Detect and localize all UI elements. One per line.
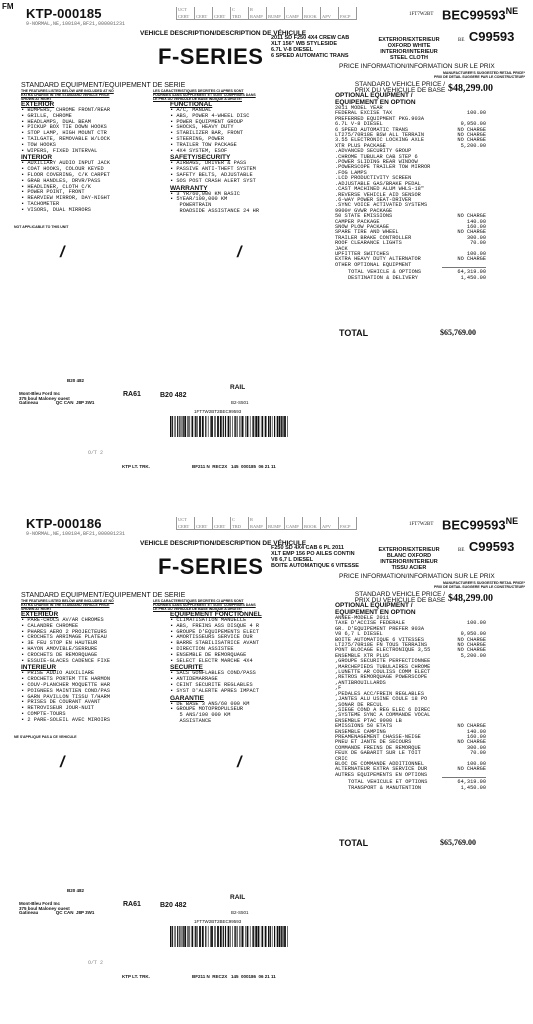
standard-price: $48,299.00 (448, 83, 493, 94)
dealer-code: B20 482 (160, 392, 186, 399)
text-line: PRIX DE DETAIL SUGGERE PAR LE CONSTRUCTE… (400, 585, 525, 589)
vin: 1FT7W2BT2BEC99593 (194, 409, 241, 414)
text-line: STEEL CLOTH (372, 55, 446, 61)
option-price: NO CHARGE (457, 767, 486, 772)
standard-equipment-heading: STANDARD EQUIPMENT/EQUIPEMENT DE SERIE (21, 592, 185, 599)
code-cell: APV (321, 7, 339, 20)
option-price: 70.00 (470, 751, 486, 756)
code-cell: BUMP (267, 7, 285, 20)
option-label: ,ANTIBROUILLARDS (335, 681, 386, 686)
standard-note-fr: LES CARACTERISTIQUES DECRITES CI APRES S… (153, 599, 256, 611)
code-cell: CERT (195, 517, 213, 530)
model-description: F250 SD 4X4 CAB 6 PL 2011XLT EMP 156 PO … (271, 545, 359, 569)
footer-left: KTP LT. TRK. (122, 974, 150, 979)
code-cell: CAMP (285, 7, 303, 20)
total-divider (442, 777, 486, 778)
color-description: EXTERIOR/EXTERIEUROXFORD WHITEINTERIOR/I… (372, 37, 446, 61)
ship-code: B2-S501 (231, 400, 249, 405)
footer-right: BF211 N REC2X 145 000186 06 21 11 (192, 974, 276, 979)
route-code: RA61 (123, 901, 141, 908)
total-value: $65,769.00 (440, 838, 476, 847)
slash-mark: / (60, 244, 64, 262)
series-name: F-SERIES (158, 44, 263, 70)
msrp-note: MANUFACTURER'S SUGGESTED RETAIL PRICE*PR… (400, 581, 525, 589)
window-sticker: KTP-000186 9-NORMAL,NE,100184,BF21,00000… (0, 510, 533, 1020)
equipment-item: ROADSIDE ASSISTANCE 24 HR (170, 209, 320, 215)
total-row: DESTINATION & DELIVERY1,450.00 (348, 276, 486, 282)
option-price: 100.00 (467, 621, 486, 626)
window-sticker: KTP-000185 9-NORMAL,NE,100184,BF21,00000… (0, 0, 533, 510)
ot-code: O/T 2 (88, 960, 103, 966)
not-applicable-note: NE S'APPLIQUE PAS A CE VEHICULE (14, 735, 77, 739)
code-cell: RRAMP (249, 517, 267, 530)
code-cell: APV (321, 517, 339, 530)
standard-equipment-right: FUNCTIONAL▪ A/C, MANUAL▪ ABS, POWER 4-WH… (170, 101, 320, 215)
totals-list: TOTAL VEHICULE ET OPTIONS64,319.00TRANSP… (348, 780, 486, 791)
stock-number-secondary: BE C99593 (458, 28, 514, 46)
slash-mark: / (237, 244, 241, 262)
footer-right: BF211 N REC2X 145 000185 06 21 11 (192, 464, 276, 469)
option-price: 100.00 (467, 111, 486, 116)
vin-barcode (170, 416, 289, 437)
standard-equipment-left: EXTERIEUR▪ PARE-CHOCS AV/AR CHROMES▪ CAL… (21, 611, 156, 724)
code-cell: CERT (195, 7, 213, 20)
option-label: FEUX DE GABARIT SUR LE TOIT (335, 751, 421, 756)
standard-price: $48,299.00 (448, 593, 493, 604)
vin-short: 1FT7W2BT (409, 522, 433, 527)
code-cell: CERT (213, 7, 231, 20)
total-divider (442, 267, 486, 268)
vin-barcode (170, 926, 289, 947)
stock-number: BEC99593NE (442, 516, 518, 532)
inspection-code-grid: UCTCERTCERTCERTCTRDRRAMPBUMPCAMPBOOKAPVF… (176, 517, 357, 530)
ktp-number: KTP-000185 (26, 6, 125, 21)
equipment-item: ▪ 2 PARE-SOLEIL AVEC MIROIRS (21, 718, 156, 724)
optional-equipment-list: 2011 MODEL YEARFEDERAL EXCISE TAX100.00P… (335, 106, 486, 268)
ktp-subcode: 9-NORMAL,NE,100184,BF21,000001231 (26, 531, 125, 537)
total-label: TOTAL (339, 328, 368, 338)
code-cell: CTRD (231, 517, 249, 530)
vin-short: 1FT7W2BT (409, 12, 433, 17)
text-line: PRIX DE DETAIL SUGGERE PAR LE CONSTRUCTE… (400, 75, 525, 79)
price-info-title: PRICE INFORMATION/INFORMATION SUR LE PRI… (339, 573, 495, 580)
option-price: 70.00 (470, 241, 486, 246)
option-label: AUTRES EQUIPEMENTS EN OPTIONS (335, 773, 427, 778)
text-line: 6 SPEED AUTOMATIC TRANS (271, 53, 349, 59)
stock-number: BEC99593NE (442, 6, 518, 22)
ot-code: O/T 2 (88, 450, 103, 456)
equipment-item: ASSISTANCE (170, 719, 320, 725)
text-line: BOITE AUTOMATIQUE 6 VITESSE (271, 563, 359, 569)
ktp-header: KTP-000186 9-NORMAL,NE,100184,BF21,00000… (26, 516, 125, 537)
code-cell: UCTCERT (177, 7, 195, 20)
dealer-address: Mont-Bleu Ford Inc375 boul Maloney ouest… (19, 392, 94, 406)
standard-equipment-right: EQUIPEMENT FONCTIONNEL▪ CLIMATISATION MA… (170, 611, 320, 725)
stock-number-secondary: BE C99593 (458, 538, 514, 556)
option-price: NO CHARGE (457, 257, 486, 262)
total-label: TOTAL (339, 838, 368, 848)
dealer-address: Mont-Bleu Ford Inc375 boul Maloney ouest… (19, 902, 94, 916)
vin: 1FT7W2BT2BEC99593 (194, 919, 241, 924)
code-cell: BOOK (303, 7, 321, 20)
series-name: F-SERIES (158, 554, 263, 580)
code-cell: CAMP (285, 517, 303, 530)
code-cell: FSCP (339, 517, 357, 530)
code-cell: CTRD (231, 7, 249, 20)
slash-mark: / (237, 754, 241, 772)
dealer-code-top: B20 482 (67, 378, 84, 383)
code-cell: RRAMP (249, 7, 267, 20)
code-cell: CERT (213, 517, 231, 530)
ktp-number: KTP-000186 (26, 516, 125, 531)
option-price: 5,200.00 (461, 144, 486, 149)
equipment-item: ▪ VISORS, DUAL MIRRORS (21, 208, 156, 214)
totals-list: TOTAL VEHICLE & OPTIONS64,319.00DESTINAT… (348, 270, 486, 281)
total-value: $65,769.00 (440, 328, 476, 337)
option-price: 5,200.00 (461, 654, 486, 659)
ktp-subcode: 9-NORMAL,NE,100184,BF21,000001231 (26, 21, 125, 27)
text-line: Gatineau QC CAN J8P 3W1 (19, 911, 94, 916)
footer-left: KTP LT. TRK. (122, 464, 150, 469)
route-code: RA61 (123, 391, 141, 398)
code-cell: BUMP (267, 517, 285, 530)
ship-mode: RAIL (230, 384, 245, 391)
msrp-note: MANUFACTURER'S SUGGESTED RETAIL PRICE*PR… (400, 71, 525, 79)
ktp-header: KTP-000185 9-NORMAL,NE,100184,BF21,00000… (26, 6, 125, 27)
standard-note-en: THE FEATURES LISTED BELOW ARE INCLUDED A… (21, 89, 114, 101)
total-row: TRANSPORT & MANUTENTION1,450.00 (348, 786, 486, 792)
price-info-title: PRICE INFORMATION/INFORMATION SUR LE PRI… (339, 63, 495, 70)
text-line: Gatineau QC CAN J8P 3W1 (19, 401, 94, 406)
code-cell: UCTCERT (177, 517, 195, 530)
standard-equipment-heading: STANDARD EQUIPMENT/EQUIPEMENT DE SERIE (21, 82, 185, 89)
ship-mode: RAIL (230, 894, 245, 901)
ship-code: B2-S501 (231, 910, 249, 915)
slash-mark: / (60, 754, 64, 772)
option-label: OTHER OPTIONAL EQUIPMENT (335, 263, 411, 268)
standard-note-en: THE FEATURES LISTED BELOW ARE INCLUDED A… (21, 599, 114, 611)
standard-note-fr: LES CARACTERISTIQUES DECRITES CI APRES S… (153, 89, 256, 101)
inspection-code-grid: UCTCERTCERTCERTCTRDRRAMPBUMPCAMPBOOKAPVF… (176, 7, 357, 20)
not-applicable-note: NOT APPLICABLE TO THIS UNIT (14, 225, 68, 229)
optional-equipment-list: ANNEE-MODELE 2011TAXE D'ACCISE FEDERALE1… (335, 616, 486, 778)
text-line: TISSU ACIER (372, 565, 446, 571)
code-cell: FSCP (339, 7, 357, 20)
code-cell: BOOK (303, 517, 321, 530)
color-description: EXTERIOR/EXTERIEURBLANC OXFORDINTERIOR/I… (372, 547, 446, 571)
dealer-code: B20 482 (160, 902, 186, 909)
dealer-code-top: B20 482 (67, 888, 84, 893)
model-description: 2011 SD F250 4X4 CREW CABXLT 156" WB STY… (271, 35, 349, 59)
standard-equipment-left: EXTERIOR▪ BUMPERS, CHROME FRONT/REAR▪ GR… (21, 101, 156, 214)
